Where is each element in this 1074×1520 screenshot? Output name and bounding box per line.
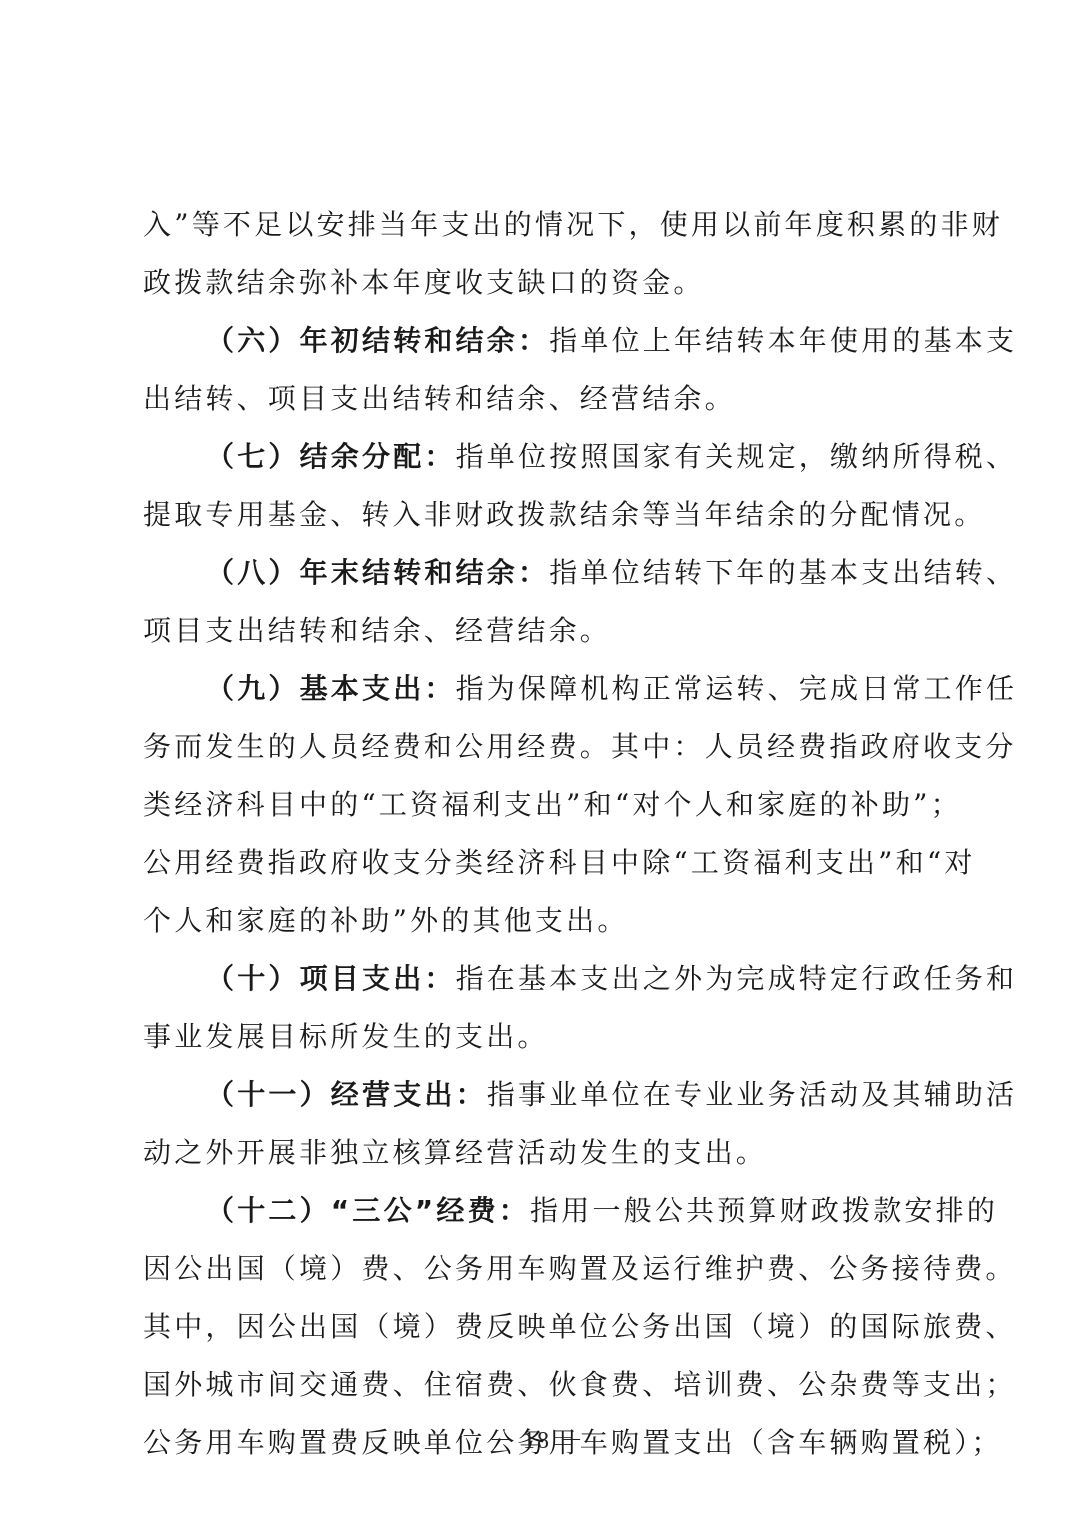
text-line: （六）年初结转和结余：指单位上年结转本年使用的基本支 [143,312,943,370]
text-line: （七）结余分配：指单位按照国家有关规定，缴纳所得税、 [143,428,943,486]
text-line: 提取专用基金、转入非财政拨款结余等当年结余的分配情况。 [143,486,943,544]
text-line: （十一）经营支出：指事业单位在专业业务活动及其辅助活 [143,1066,943,1124]
section-text: 指为保障机构正常运转、完成日常工作任 [456,672,1018,705]
text-line: 国外城市间交通费、住宿费、伙食费、培训费、公杂费等支出； [143,1356,943,1414]
text-line: 个人和家庭的补助”外的其他支出。 [143,892,943,950]
section-heading: （十）项目支出： [206,962,456,995]
text-line: 项目支出结转和结余、经营结余。 [143,602,943,660]
section-text: 指用一般公共预算财政拨款安排的 [530,1194,998,1227]
text-line: 动之外开展非独立核算经营活动发生的支出。 [143,1124,943,1182]
text-line: 入”等不足以安排当年支出的情况下，使用以前年度积累的非财 [143,196,943,254]
document-page: 入”等不足以安排当年支出的情况下，使用以前年度积累的非财 政拨款结余弥补本年度收… [143,196,943,1472]
text-line: 政拨款结余弥补本年度收支缺口的资金。 [143,254,943,312]
text-line: （十）项目支出：指在基本支出之外为完成特定行政任务和 [143,950,943,1008]
section-text: 指单位结转下年的基本支出结转、 [549,556,1017,589]
text-line: （十二）“三公”经费：指用一般公共预算财政拨款安排的 [143,1182,943,1240]
paragraph-basic-expenditure: （九）基本支出：指为保障机构正常运转、完成日常工作任 务而发生的人员经费和公用经… [143,660,943,950]
text-line: 类经济科目中的“工资福利支出”和“对个人和家庭的补助”； [143,776,943,834]
section-heading: （十一）经营支出： [206,1078,487,1111]
section-heading: （八）年末结转和结余： [206,556,549,589]
section-heading: （十二）“三公”经费： [206,1194,530,1227]
section-text: 指单位按照国家有关规定，缴纳所得税、 [456,440,1018,473]
text-line: 其中，因公出国（境）费反映单位公务出国（境）的国际旅费、 [143,1298,943,1356]
text-line: （九）基本支出：指为保障机构正常运转、完成日常工作任 [143,660,943,718]
text-line: 公用经费指政府收支分类经济科目中除“工资福利支出”和“对 [143,834,943,892]
paragraph-project-expenditure: （十）项目支出：指在基本支出之外为完成特定行政任务和 事业发展目标所发生的支出。 [143,950,943,1066]
text-line: 事业发展目标所发生的支出。 [143,1008,943,1066]
section-heading: （九）基本支出： [206,672,456,705]
text-line: 务而发生的人员经费和公用经费。其中：人员经费指政府收支分 [143,718,943,776]
paragraph-year-end-carryover: （八）年末结转和结余：指单位结转下年的基本支出结转、 项目支出结转和结余、经营结… [143,544,943,660]
page-number: － 18 － [0,1420,1074,1455]
text-line: 因公出国（境）费、公务用车购置及运行维护费、公务接待费。 [143,1240,943,1298]
section-text: 指事业单位在专业业务活动及其辅助活 [487,1078,1017,1111]
paragraph-operating-expenditure: （十一）经营支出：指事业单位在专业业务活动及其辅助活 动之外开展非独立核算经营活… [143,1066,943,1182]
section-text: 指在基本支出之外为完成特定行政任务和 [456,962,1018,995]
section-heading: （六）年初结转和结余： [206,324,549,357]
section-text: 指单位上年结转本年使用的基本支 [549,324,1017,357]
paragraph-surplus-distribution: （七）结余分配：指单位按照国家有关规定，缴纳所得税、 提取专用基金、转入非财政拨… [143,428,943,544]
text-line: 出结转、项目支出结转和结余、经营结余。 [143,370,943,428]
section-heading: （七）结余分配： [206,440,456,473]
paragraph-year-start-carryover: （六）年初结转和结余：指单位上年结转本年使用的基本支 出结转、项目支出结转和结余… [143,312,943,428]
paragraph-continuation: 入”等不足以安排当年支出的情况下，使用以前年度积累的非财 政拨款结余弥补本年度收… [143,196,943,312]
text-line: （八）年末结转和结余：指单位结转下年的基本支出结转、 [143,544,943,602]
